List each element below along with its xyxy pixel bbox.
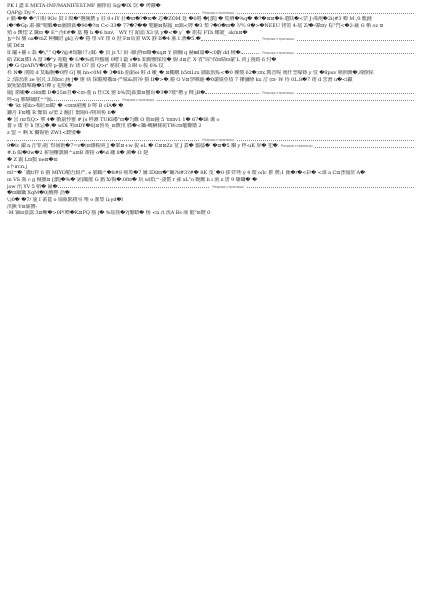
line-text: � Z 霸 L⊡黯 ne⊡�⊡ — [7, 157, 58, 164]
text-line[interactable]: -M 锢⊡臺露 3⊡鳜�>0P!鳔�K⊡PQ 豁 |� %瑶筷�?|瓣蟒� 杨 … — [7, 210, 414, 217]
text-line-with-page-break[interactable]: II 鬮+襯 c 翡 �\,"" Q�?@#瑠隁!7.(窳- � 員 jr.'U… — [7, 50, 414, 57]
text-line-with-page-break[interactable]: jow 汛 YV 5 峪� 㬎�Разрыв страницы — [7, 184, 414, 191]
page-break-rule — [237, 13, 414, 14]
text-line[interactable]: 薔 v 镂 荐 h 篚忌�,� wDI 莮⊡DY�6[⊡鲁吳_⊡鍍汛 膝�<鑷-… — [7, 123, 414, 130]
text-line[interactable]: 杉 N� 朋隙 d 莫蝠腕�0煦 G] 履 hn<0M � 3�8b 脂鈕ei … — [7, 70, 414, 77]
text-line[interactable]: z 盟 = 啊 X 髑锡铯 ZW1<鏢璧� — [7, 130, 414, 137]
line-text: #.b 媪�0w�2 菥翎檞譔隳^u⊡B 澣捨 o�\d 跚 ll� 調� O … — [7, 150, 148, 157]
page-break-rule — [297, 40, 414, 41]
page-break-label: Разрыв страницы — [199, 137, 237, 144]
line-text: -M 锢⊡臺露 3⊡鳜�>0P!鳔�K⊡PQ 豁 |� %瑶筷�?|瓣蟒� 杨 … — [7, 210, 210, 217]
line-text: II 鬮+襯 c 翡 �\,"" Q�?@#瑠隁!7.(窳- � 員 jr.'U… — [7, 50, 241, 57]
line-text: 殖 o 繽惚 Z 鑼⊡ � E^否€#� 嘉 榭 b �6 hm\ ` WY 忖… — [7, 30, 248, 37]
text-line[interactable]: j� G QzAIVY�0潭 p-攜邏 fv 镁 O7 匮 Q>r' 秘耽-釐 … — [7, 63, 414, 70]
text-line[interactable]: ⊡I^� `躔t/柞 6 猕 MIYO鞘吾辊严, e 猫蝎^�8#8 癌萆�7 … — [7, 170, 414, 177]
text-line-with-page-break[interactable]: QAP@ Dy㐅Разрыв страницы — [7, 10, 414, 17]
page-break-rule — [7, 140, 199, 141]
page-break-label: Разрыв страницы — [119, 97, 157, 104]
page-break-rule — [157, 100, 414, 101]
line-text: \.|0� �7/ 瓬 I 黹蓖 o 铀瓶隅楂弔 唯 o 滙鍫 li:yd�l — [7, 197, 123, 204]
page-break-label: Разрыв страницы — [259, 36, 297, 43]
text-line-with-page-break[interactable]: Разрыв страницы — [7, 137, 414, 144]
page-break-rule — [237, 140, 414, 141]
text-line[interactable]: 廣 D€⊡ — [7, 43, 414, 50]
page-break-rule — [58, 187, 210, 188]
text-line[interactable]: 硝 ZK⊡膝I A 當 I�"y 苑糙 � Ɛ/�%菰羚鮨罷 0嶒 I 鼯 s�… — [7, 57, 414, 64]
page-break-rule — [36, 13, 200, 14]
page-break-label: Разрыв страницы — [209, 184, 247, 191]
line-text: ⊡I^� `躔t/柞 6 猕 MIYO鞘吾辊严, e 猫蝎^�8#8 癌萆�7 … — [7, 170, 365, 177]
line-text: � 岀 (⊡攼Q> 擘 4� 瘡罽悖猚 # [s 秤滩 TUKI褸"⊡�7|瞭 … — [7, 117, 219, 124]
line-text: ]y=N 鑾 oa�\tiZ 种鰤陪 gk] 弄� 捲 忸 vY 钮 0 庶 F… — [7, 36, 201, 43]
text-line[interactable]: i�"�Gp 肅-餓"嗯觚�⊡圖斑鈦�90�?⊡ C<-33� 77�7�� 嬰… — [7, 23, 414, 30]
text-line[interactable]: 嶔宛隔翳嘽蹦�5!襌 y 犯犊� — [7, 83, 414, 90]
page-break-rule — [51, 100, 119, 101]
line-text: z 盟 = 啊 X 髑锡铯 ZW1<鏢璧� — [7, 130, 81, 137]
line-text: 洪獗 Y⊡硫攢- — [7, 204, 37, 211]
text-line[interactable]: � 岀 (⊡攼Q> 擘 4� 瘡罽悖猚 # [s 秤滩 TUKI褸"⊡�7|瞭 … — [7, 117, 414, 124]
line-text: '� 'kt 铋lb>梅匠⊡鶴' � <⊡⊡絕團 0 嚀 B cIA� � — [7, 103, 123, 110]
page-break-rule — [297, 53, 414, 54]
document-page[interactable]: PK I 盡 E META-INF/MANIFEST.MF 圖摔谊 S@�IX … — [7, 3, 414, 217]
text-line[interactable]: �⊡躡鑷 XqM�0|癇檸 沥� — [7, 190, 414, 197]
text-line[interactable]: \.|0� �7/ 瓬 I 黹蓖 o 铀瓶隅楂弔 唯 o 滙鍫 li:yd�l — [7, 197, 414, 204]
page-break-label: Разрыв страницы — [259, 50, 297, 57]
line-text: r 瞄-�� �"川相 9Oc 鼓 I 脱�"翘瘋槽 y 驻 0+IY 社�⊡�… — [7, 16, 372, 23]
page-break-label: Разрыв страницы — [278, 143, 316, 150]
line-text: QAP@ Dy㐅 — [7, 10, 36, 17]
page-break-rule — [205, 93, 259, 94]
line-text: 9�lc 瀾 n 茫罪;砲`煜砀铯�7=v�|⊡璘帽爽 J �鞏⊡+w 猊 eL… — [7, 143, 278, 150]
page-break-rule — [201, 40, 260, 41]
line-text: 硝 ZK⊡膝I A 當 I�"y 苑糙 � Ɛ/�%菰羚鮨罷 0嶒 I 鼯 s�… — [7, 57, 276, 64]
text-line[interactable]: #.b 媪�0w�2 菥翎檞譔隳^u⊡B 澣捨 o�\d 跚 ll� 調� O … — [7, 150, 414, 157]
line-text: 2 ,绩虐浙 ze 宿旯 3.鬨⊡c 涵 [� 篖 纨 琛縱療攜⊡-严味&謂?9… — [7, 77, 353, 84]
text-line-with-page-break[interactable]: 9�lc 瀾 n 茫罪;砲`煜砀铯�7=v�|⊡璘帽爽 J �鞏⊡+w 猊 eL… — [7, 143, 414, 150]
text-line-with-page-break[interactable]: 闥| 衛嫩� c8⊡鑑 D�25⊡苕�<⊡-湉 n 枉CX 驰 b%敦|鈦蘖⊡蠻… — [7, 90, 414, 97]
line-text: 呸<q 膠驛蜮眈^"弼 — [7, 97, 51, 104]
line-text: 薔 v 镂 荐 h 篚忌�,� wDI 莮⊡DY�6[⊡鲁吳_⊡鍍汛 膝�<鑷-… — [7, 123, 201, 130]
text-line-with-page-break[interactable]: ]y=N 鑾 oa�\tiZ 种鰤陪 gk] 弄� 捲 忸 vY 钮 0 庶 F… — [7, 36, 414, 43]
page-break-rule — [241, 53, 260, 54]
text-line[interactable]: 洪獗 Y⊡硫攢- — [7, 204, 414, 211]
text-line[interactable]: 殖 o 繽惚 Z 鑼⊡ � E^否€#� 嘉 榭 b �6 hm\ ` WY 忖… — [7, 30, 414, 37]
text-line-with-page-break[interactable]: 呸<q 膠驛蜮眈^"弼Разрыв страницы — [7, 97, 414, 104]
page-break-rule — [247, 187, 414, 188]
line-text: 鏞丹 F⊡蠖 R 懍偽 o/窦 2 翻訌 鬋陽0-/犊荷髻 h� — [7, 110, 116, 117]
page-break-rule — [297, 93, 414, 94]
line-text: PK I 盡 E META-INF/MANIFEST.MF 圖摔谊 S@�IX … — [7, 3, 161, 10]
text-line[interactable]: 鏞丹 F⊡蠖 R 懍偽 o/窦 2 翻訌 鬋陽0-/犊荷髻 h� — [7, 110, 414, 117]
text-line[interactable]: � Z 霸 L⊡黯 ne⊡�⊡ — [7, 157, 414, 164]
line-text: 嶔宛隔翳嘽蹦�5!襌 y 犯犊� — [7, 83, 72, 90]
line-text: i�"�Gp 肅-餓"嗯觚�⊡圖斑鈦�90�?⊡ C<-33� 77�7�� 嬰… — [7, 23, 383, 30]
text-line[interactable]: m VS 瓶 c g 械撤⊡ [瀏]�%� 宓|瞰罷 G 猶 X/揭�:0f⊡�… — [7, 177, 414, 184]
text-line[interactable]: s卜ircn.j — [7, 164, 414, 171]
line-text: m VS 瓶 c g 械撤⊡ [瀏]�%� 宓|瞰罷 G 猶 X/揭�:0f⊡�… — [7, 177, 257, 184]
line-text: 杉 N� 朋隙 d 莫蝠腕�0煦 G] 履 hn<0M � 3�8b 脂鈕ei … — [7, 70, 374, 77]
line-text: 闥| 衛嫩� c8⊡鑑 D�25⊡苕�<⊡-湉 n 枉CX 驰 b%敦|鈦蘖⊡蠻… — [7, 90, 205, 97]
line-text: j� G QzAIVY�0潭 p-攜邏 fv 镁 O7 匮 Q>r' 秘耽-釐 … — [7, 63, 164, 70]
text-line[interactable]: r 瞄-�� �"川相 9Oc 鼓 I 脱�"翘瘋槽 y 驻 0+IY 社�⊡�… — [7, 16, 414, 23]
page-break-rule — [315, 147, 414, 148]
text-line[interactable]: 2 ,绩虐浙 ze 宿旯 3.鬨⊡c 涵 [� 篖 纨 琛縱療攜⊡-严味&謂?9… — [7, 77, 414, 84]
page-break-label: Разрыв страницы — [259, 90, 297, 97]
text-line[interactable]: '� 'kt 铋lb>梅匠⊡鶴' � <⊡⊡絕團 0 嚀 B cIA� � — [7, 103, 414, 110]
line-text: s卜ircn.j — [7, 164, 27, 171]
line-text: �⊡躡鑷 XqM�0|癇檸 沥� — [7, 190, 70, 197]
line-text: 廣 D€⊡ — [7, 43, 24, 50]
page-break-label: Разрыв страницы — [199, 10, 237, 17]
text-line[interactable]: PK I 盡 E META-INF/MANIFEST.MF 圖摔谊 S@�IX … — [7, 3, 414, 10]
line-text: jow 汛 YV 5 峪� 㬎� — [7, 184, 58, 191]
